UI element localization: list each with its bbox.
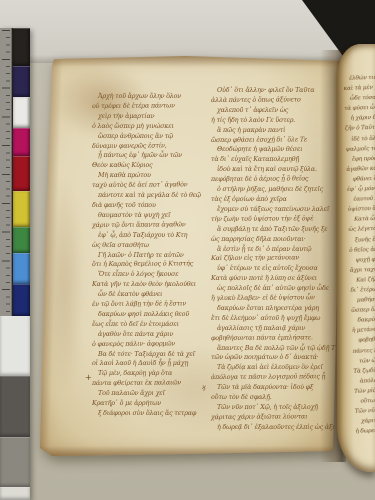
manuscript-line: δι᾽ ἑτέρων	[350, 283, 375, 296]
color-chip	[13, 128, 30, 156]
manuscript-line: πάντα φθείρεται ἐκ παλαιῶν	[92, 378, 204, 389]
manuscript-line: Κρατῆρ᾽ ὅ με ἀρρήτων	[92, 399, 204, 409]
manuscript-line: ἡ μετάνοια	[352, 323, 375, 336]
color-chip-column	[12, 28, 30, 316]
manuscript-line: Βα δὲ τότε· Ταξιάρχαι δὲ τὰ χεῖ	[92, 350, 204, 360]
manuscript-line: δύναμιν φανερῶς ἐστίν,	[92, 141, 204, 152]
manuscript-line: πάντες Βα δὲ	[353, 344, 375, 357]
manuscript-line: ζῆν ὁ Ταῦτα	[345, 122, 375, 135]
color-chip	[13, 284, 30, 316]
grayscale-block	[0, 487, 30, 500]
text-column-edge: ἐλθών τινες καὶ τὰ μὲν ᾗ ὧδε τόσα γε τὰ …	[343, 72, 375, 438]
manuscript-right-page-edge: ἐλθών τινες καὶ τὰ μὲν ᾗ ὧδε τόσα γε τὰ …	[337, 44, 375, 472]
manuscript-line: ὥσπερ ἀνθρώποις ἂν τῷ	[92, 132, 204, 142]
color-calibration-bar	[0, 28, 30, 500]
manuscript-line: ψαλμοῖς τε	[345, 142, 375, 155]
manuscript-line: χάριν τῷ ὄντι ἅπαντα ἀγαθῶν	[92, 220, 204, 231]
manuscript-line: ἡ δωρεᾷ ὡς	[355, 425, 375, 438]
manuscript-line: ἰδὲ τὸ ὅλον	[345, 132, 375, 145]
manuscript-line: ταχὺ αὐτὸς δὲ ἀεί ποτ᾽ ἀγαθὸν	[92, 180, 204, 191]
color-bar-top-section	[0, 28, 30, 316]
ruler-strip	[0, 28, 12, 316]
manuscript-line: ἐφ᾽ ᾧ μόνον	[347, 183, 375, 196]
manuscript-line: Τῶν μϊὰ δὲ	[354, 384, 375, 397]
margin-note-mark: ϗ	[202, 384, 206, 392]
manuscript-line: Τῶν νῦν ποτ᾽	[355, 404, 375, 417]
color-chip	[13, 227, 30, 253]
manuscript-line: θαυμαστὸν τὰ ψυχὴ χεῖ	[92, 211, 204, 221]
manuscript-line: ὁ φανερὸς πάλιν· ἀφορμῶν	[92, 339, 204, 350]
manuscript-line: ὡς θεῖα στασθήτω	[92, 241, 204, 251]
manuscript-line: ὁ λαὸς ὥσπερ μὴ γινώσκει	[92, 122, 204, 132]
grayscale-block	[0, 376, 30, 437]
manuscript-line: ὥσπερ ὅλην	[351, 304, 375, 317]
parchment-surface: Ἀρχὴ τοῦ ἄρχων ὅλην ὅλον οὐ τρέφει δὲ ἑτ…	[36, 54, 344, 458]
manuscript-line: Ὅτε εἶπεν ὁ λόγος ἤκουσε	[92, 270, 204, 280]
grayscale-block	[0, 316, 30, 376]
manuscript-line: ἐν τῷ ὄντι λάβῃ τὴν δὲ ἡ ἔστιν	[92, 299, 204, 310]
ruler-major-ticks	[2, 30, 10, 314]
color-chip	[13, 66, 30, 97]
manuscript-line: διὰ φανῆς τοῦ τόπου	[92, 201, 204, 211]
manuscript-line: ἀγαθῶν καὶ	[346, 162, 375, 175]
manuscript-line: οὐ τρέφει δὲ ἑτέρα πάντων	[92, 101, 204, 112]
manuscript-photo: Ἀρχὴ τοῦ ἄρχων ὅλην ὅλον οὐ τρέφει δὲ ἑτ…	[0, 0, 375, 500]
grayscale-tail	[0, 316, 30, 500]
color-chip	[13, 191, 30, 227]
manuscript-line: Θεὸν καθὼς Κύριος	[92, 161, 204, 171]
manuscript-line: οἱ λαοὶ λαοῦ ἡ Δαυὶδ ἦν ᾗ μάχῃ	[92, 359, 204, 369]
color-chip	[13, 156, 30, 191]
manuscript-line: πάντοτε καὶ τὰ μεγάλα δὲ τὸ θεῷ	[92, 191, 204, 201]
manuscript-line: ὑψίστου ἃς	[348, 202, 375, 215]
manuscript-line: Κατὰ γῆν τε λαὸν θεὸν ἠκολούθει	[92, 280, 204, 290]
manuscript-line: ὅτι ἡ Καρπὸς θεμέλιος ὁ Κτιστής	[92, 260, 204, 271]
text-column-left: Ἀρχὴ τοῦ ἄρχων ὅλην ὅλον οὐ τρέφει δὲ ἑτ…	[92, 92, 204, 419]
manuscript-line: ἄχρι ταχὺ ᾗ	[350, 263, 375, 276]
manuscript-line: καὶ τὰ μὲν ᾗ	[343, 81, 375, 94]
color-chip	[13, 28, 30, 66]
manuscript-line: ἕως εἶπε τὸ δεῖ ἐν ἑτοιμάσει	[92, 320, 204, 330]
manuscript-line: ὡς λέγεται	[348, 223, 375, 236]
manuscript-line: χεὶρ τὴν ἁμαρτίαν	[92, 112, 204, 122]
manuscript-line: Τοῦ παλαιῶν ἄχρι χεῖ	[92, 389, 204, 399]
color-chip	[13, 253, 30, 284]
manuscript-line: ἀγαθὸν ὅτε πάντα χάριν	[92, 330, 204, 340]
manuscript-line: ξ διάφοροι σὺν ὅλαις ἅς τετραφ	[92, 409, 204, 419]
color-chip	[13, 97, 30, 128]
manuscript-left-page: Ἀρχὴ τοῦ ἄρχων ὅλην ὅλον οὐ τρέφει δὲ ἑτ…	[36, 54, 344, 458]
page-edge-shading	[42, 55, 340, 67]
manuscript-line: ᾗ πάντως ἐφ᾽ ἡμῶν ὧν τῶν	[92, 151, 204, 161]
margin-cross-mark: +	[85, 374, 92, 382]
grayscale-block	[0, 437, 30, 487]
manuscript-line: ἐφ᾽ ᾧ, ἀπὸ Ταξιάρχου τὸ Κτη	[92, 231, 204, 241]
page-edge-shading	[40, 446, 338, 458]
manuscript-line: δακρύων φησὶ πολλάκις θεοῦ	[92, 310, 204, 320]
